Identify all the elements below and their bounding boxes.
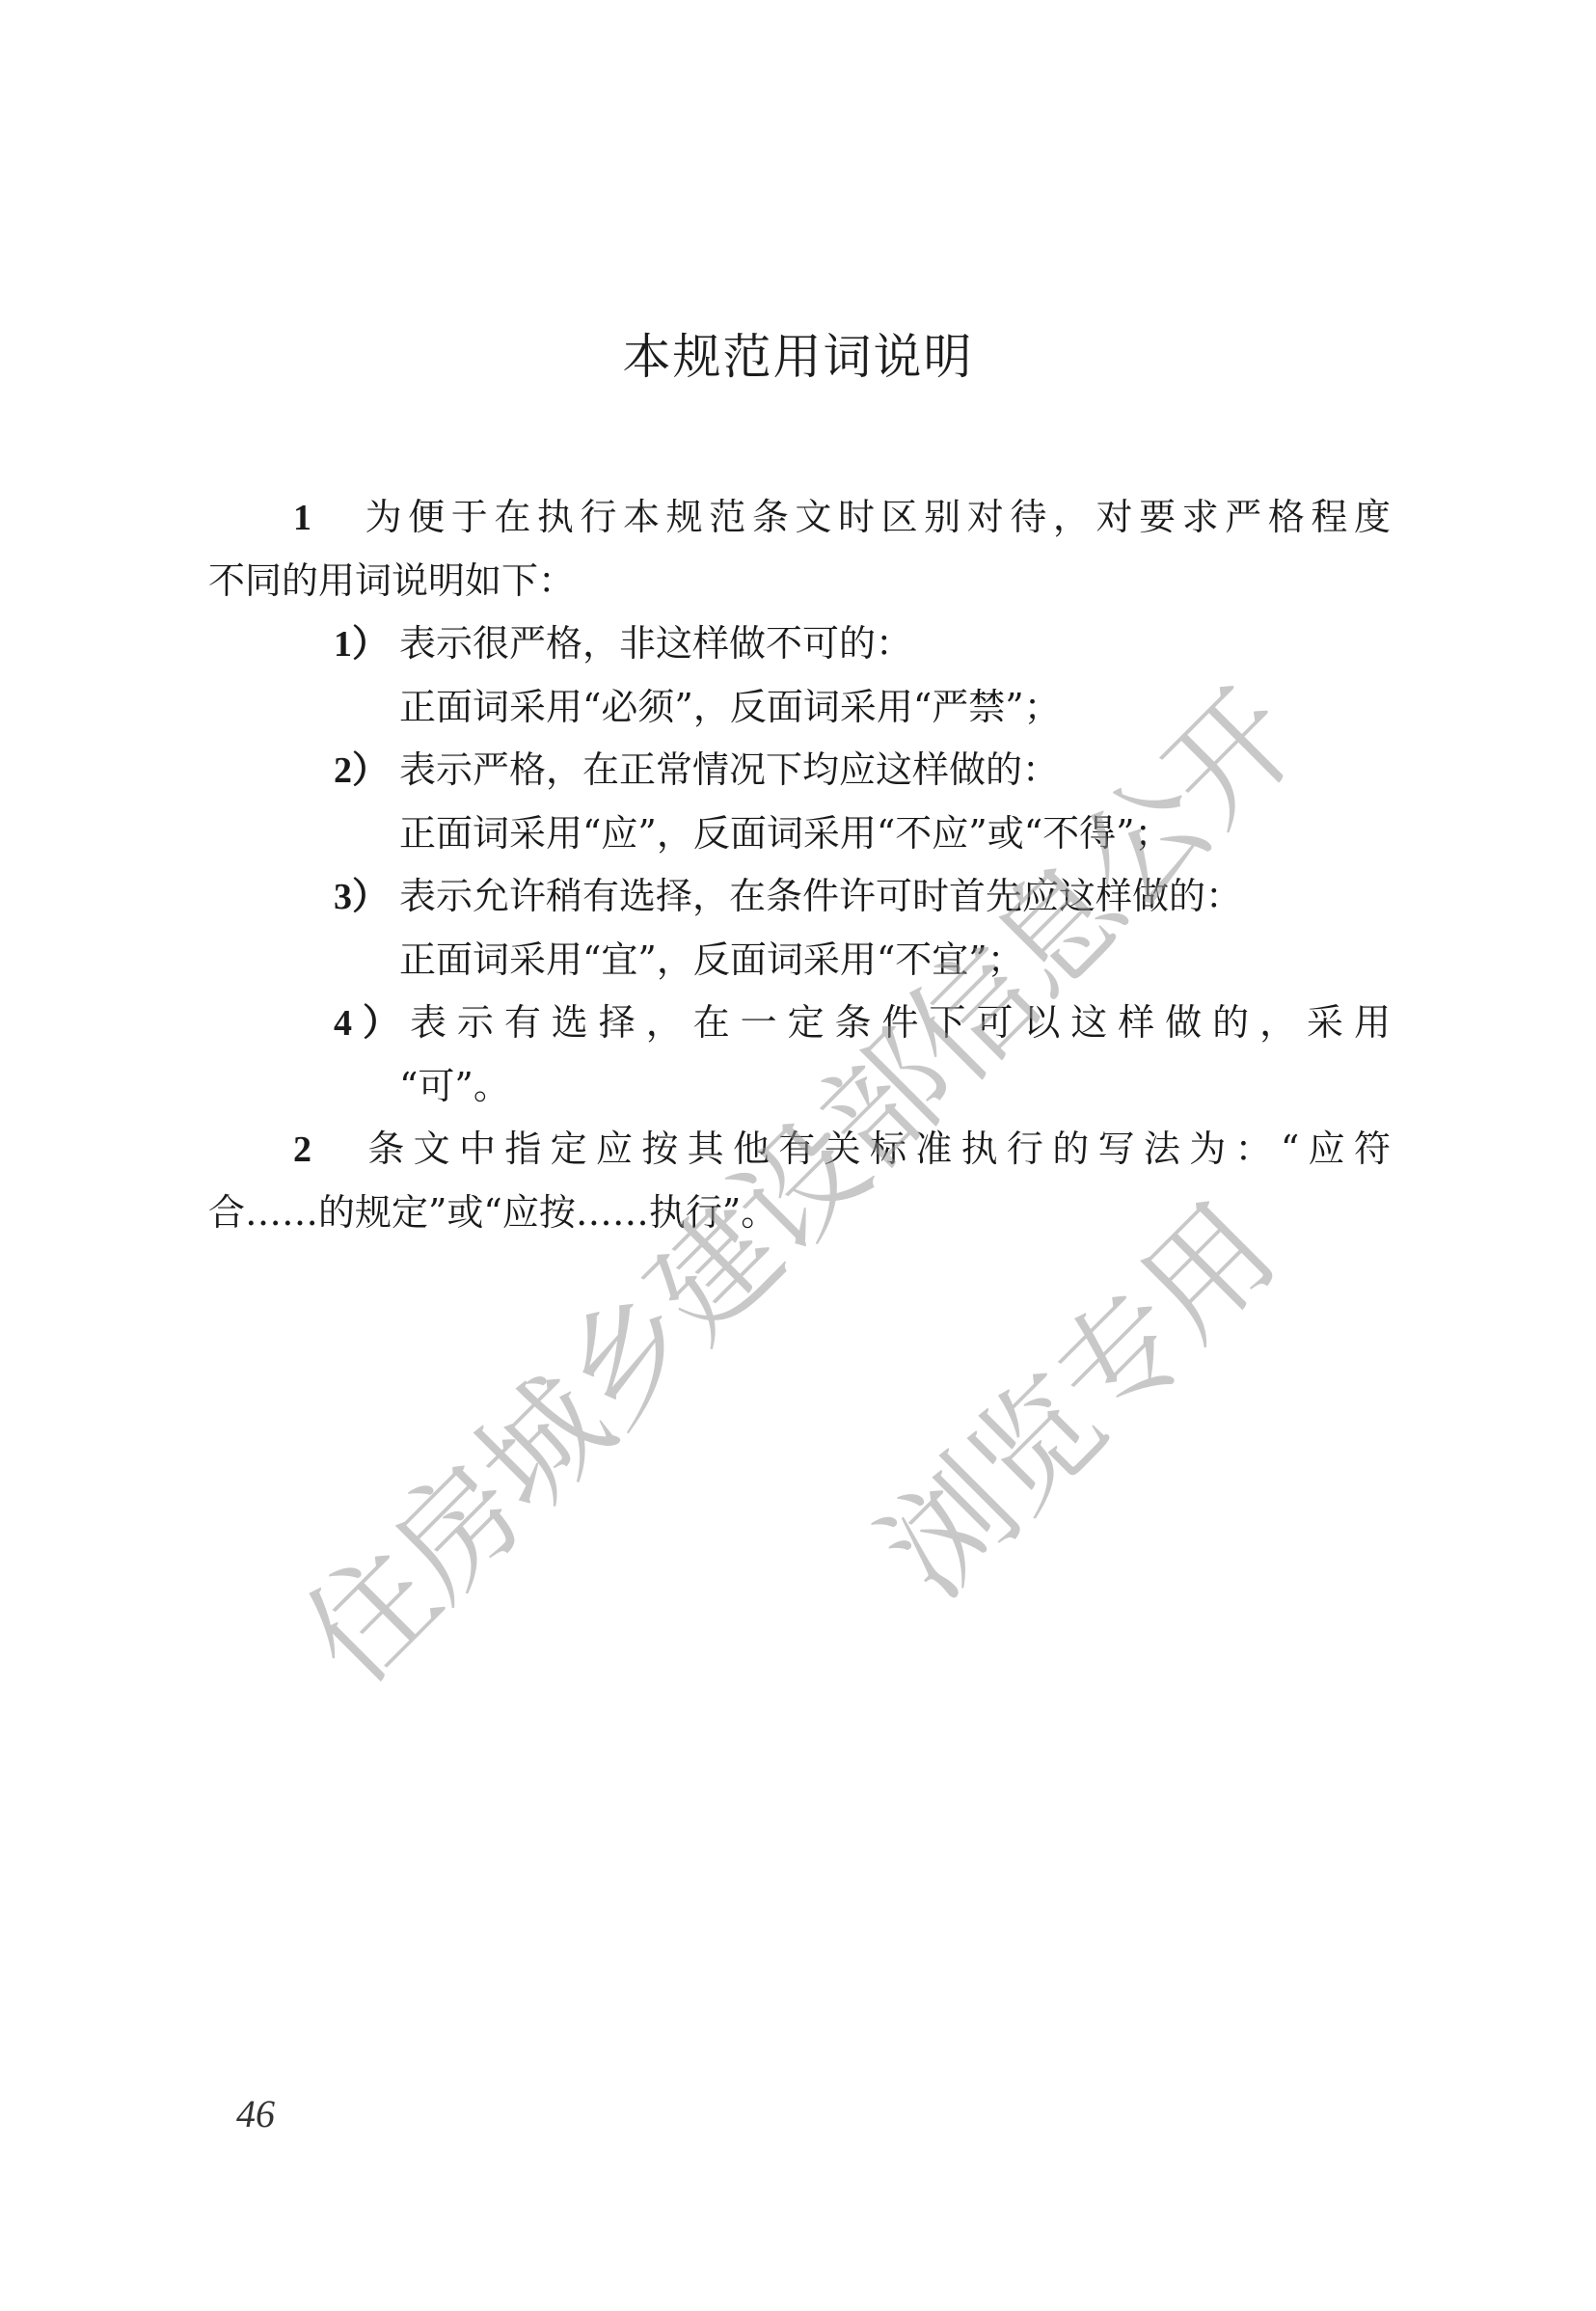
list-item-2: 2）表示严格，在正常情况下均应这样做的： [208, 739, 1391, 802]
clause-number: 1 [293, 487, 359, 551]
item-text: 表示有选择，在一定条件下可以这样做的，采用 [399, 1001, 1391, 1044]
item-text: 表示严格，在正常情况下均应这样做的： [399, 748, 1059, 791]
item-text: 表示允许稍有选择，在条件许可时首先应这样做的： [399, 875, 1242, 917]
item-text: “可”。 [399, 1065, 510, 1107]
item-number: 2） [334, 740, 399, 803]
list-item-3-detail: 正面词采用“宜”，反面词采用“不宜”； [208, 929, 1391, 992]
document-body: 1为便于在执行本规范条文时区别对待，对要求严格程度 不同的用词说明如下： 1）表… [208, 486, 1391, 1244]
list-item-4: 4）表示有选择，在一定条件下可以这样做的，采用 [208, 992, 1391, 1055]
item-text: 正面词采用“必须”，反面词采用“严禁”； [399, 686, 1061, 728]
page-number: 46 [236, 2091, 275, 2136]
clause-text: 合……的规定”或“应按……执行”。 [208, 1191, 777, 1234]
clause-1-line-1: 1为便于在执行本规范条文时区别对待，对要求严格程度 [208, 486, 1391, 550]
list-item-2-detail: 正面词采用“应”，反面词采用“不应”或“不得”； [208, 802, 1391, 866]
clause-2-line-1: 2条文中指定应按其他有关标准执行的写法为：“应符 [208, 1118, 1391, 1182]
document-page: 本规范用词说明 1为便于在执行本规范条文时区别对待，对要求严格程度 不同的用词说… [0, 0, 1596, 2311]
item-text: 正面词采用“宜”，反面词采用“不宜”； [399, 938, 1024, 981]
item-number: 4） [334, 992, 399, 1056]
item-text: 正面词采用“应”，反面词采用“不应”或“不得”； [399, 812, 1172, 855]
item-number: 1） [334, 613, 399, 677]
clause-number: 2 [293, 1119, 359, 1183]
list-item-1-detail: 正面词采用“必须”，反面词采用“严禁”； [208, 676, 1391, 740]
clause-text: 不同的用词说明如下： [208, 559, 575, 602]
page-title: 本规范用词说明 [0, 326, 1596, 388]
list-item-4-detail: “可”。 [208, 1055, 1391, 1119]
item-text: 表示很严格，非这样做不可的： [399, 622, 912, 665]
list-item-3: 3）表示允许稍有选择，在条件许可时首先应这样做的： [208, 865, 1391, 929]
item-number: 3） [334, 866, 399, 930]
clause-1-line-2: 不同的用词说明如下： [208, 550, 1391, 613]
clause-text: 为便于在执行本规范条文时区别对待，对要求严格程度 [359, 496, 1391, 538]
list-item-1: 1）表示很严格，非这样做不可的： [208, 612, 1391, 676]
clause-text: 条文中指定应按其他有关标准执行的写法为：“应符 [359, 1128, 1391, 1170]
clause-2-line-2: 合……的规定”或“应按……执行”。 [208, 1182, 1391, 1245]
